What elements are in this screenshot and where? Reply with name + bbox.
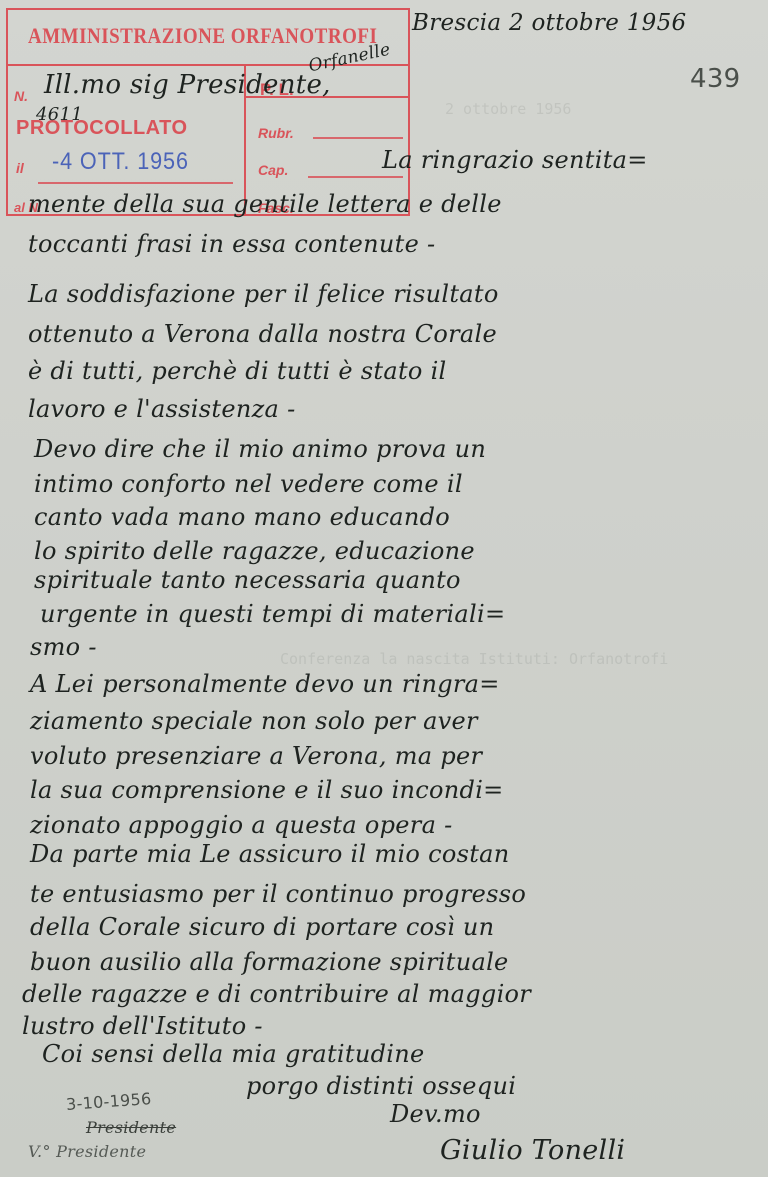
body-line: delle ragazze e di contribuire al maggio… xyxy=(22,980,531,1008)
body-line: lustro dell'Istituto - xyxy=(22,1012,263,1040)
stamp-label-rubr: Rubr. xyxy=(258,125,294,141)
body-line: La ringrazio sentita= xyxy=(382,146,648,174)
body-line: lo spirito delle ragazze, educazione xyxy=(34,537,475,565)
show-through-text: Conferenza la nascita Istituti: Orfanotr… xyxy=(280,650,668,668)
show-through-text: 2 ottobre 1956 xyxy=(445,100,571,118)
annotation-struck-note: Presidente xyxy=(86,1118,176,1137)
devotion: Dev.mo xyxy=(390,1100,481,1128)
annotation-date: 3-10-1956 xyxy=(65,1089,152,1114)
body-line: la sua comprensione e il suo incondi= xyxy=(30,776,504,804)
stamp-label-n: N. xyxy=(14,88,28,104)
body-line: urgente in questi tempi di materiali= xyxy=(40,600,505,628)
body-line: Devo dire che il mio animo prova un xyxy=(34,435,486,463)
body-line: La soddisfazione per il felice risultato xyxy=(28,280,499,308)
protocol-number: 4611 xyxy=(36,104,83,125)
stamp-title: AMMINISTRAZIONE ORFANOTROFI xyxy=(28,24,377,49)
body-line: mente della sua gentile lettera e delle xyxy=(28,190,502,218)
protocol-date: -4 OTT. 1956 xyxy=(52,148,189,176)
body-line: zionato appoggio a questa opera - xyxy=(30,811,453,839)
body-line: intimo conforto nel vedere come il xyxy=(34,470,463,498)
closing-line: Coi sensi della mia gratitudine xyxy=(42,1040,425,1068)
body-line: lavoro e l'assistenza - xyxy=(28,395,295,423)
body-line: della Corale sicuro di portare così un xyxy=(30,913,494,941)
body-line: ziamento speciale non solo per aver xyxy=(30,707,478,735)
stamp-field-line xyxy=(308,176,403,178)
body-line: canto vada mano mano educando xyxy=(34,503,450,531)
body-line: è di tutti, perchè di tutti è stato il xyxy=(28,357,447,385)
place-date: Brescia 2 ottobre 1956 xyxy=(412,10,686,36)
stamp-field-line xyxy=(38,182,233,184)
body-line: smo - xyxy=(30,633,97,661)
annotation-note: V.° Presidente xyxy=(28,1142,146,1161)
closing-line: porgo distinti ossequi xyxy=(246,1072,516,1100)
stamp-label-cap: Cap. xyxy=(258,162,288,178)
body-line: buon ausilio alla formazione spirituale xyxy=(30,948,509,976)
body-line: voluto presenziare a Verona, ma per xyxy=(30,742,482,770)
body-line: Da parte mia Le assicuro il mio costan xyxy=(30,840,510,868)
stamp-field-line xyxy=(313,137,403,139)
salutation: Ill.mo sig Presidente, xyxy=(44,70,331,100)
stamp-label-il: il xyxy=(16,160,24,176)
archive-number: 439 xyxy=(690,64,741,94)
signature: Giulio Tonelli xyxy=(440,1135,625,1166)
body-line: toccanti frasi in essa contenute - xyxy=(28,230,435,258)
body-line: ottenuto a Verona dalla nostra Corale xyxy=(28,320,497,348)
body-line: te entusiasmo per il continuo progresso xyxy=(30,880,526,908)
letter-page: 2 ottobre 1956 Conferenza la nascita Ist… xyxy=(0,0,768,1177)
body-line: A Lei personalmente devo un ringra= xyxy=(30,670,500,698)
body-line: spirituale tanto necessaria quanto xyxy=(34,566,461,594)
